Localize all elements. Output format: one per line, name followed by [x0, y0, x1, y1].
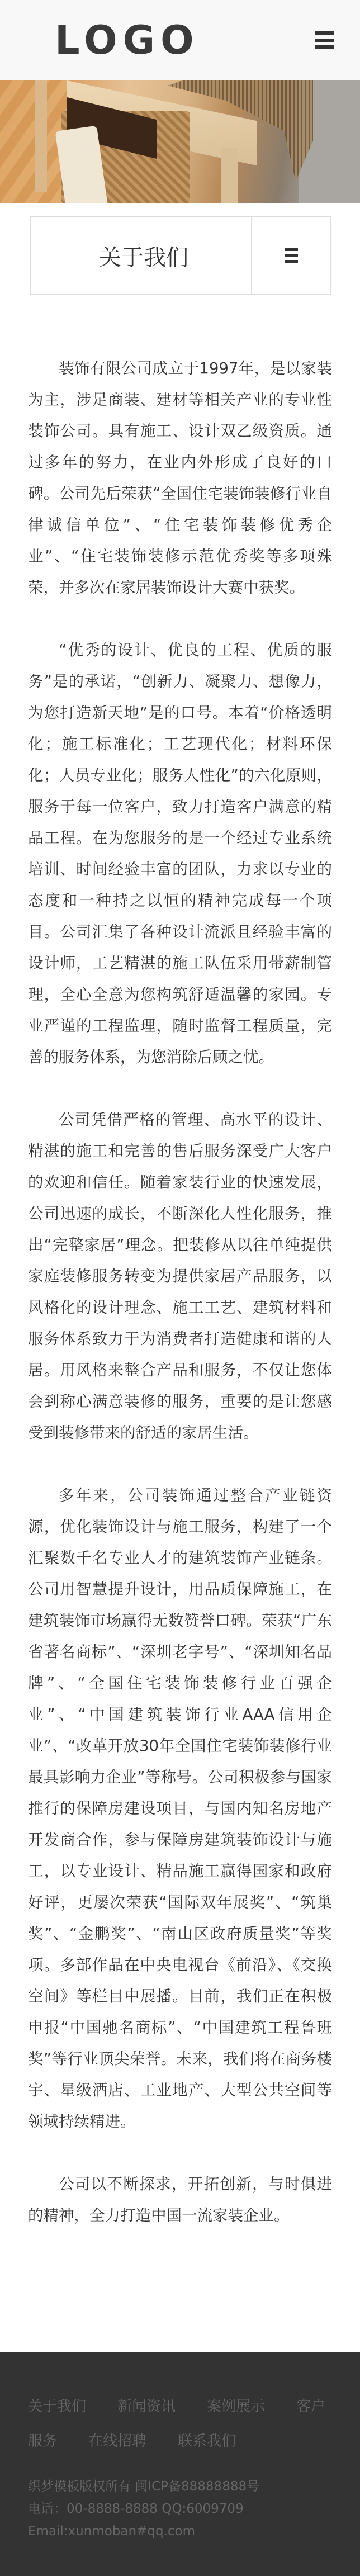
footer-link-contact[interactable]: 联系我们 — [178, 2433, 236, 2450]
section-title: 关于我们 — [31, 217, 252, 294]
header-menu-area — [282, 0, 360, 80]
banner-table-leg — [221, 148, 238, 203]
footer-phone: 电话：00-8888-8888 QQ:6009709 — [28, 2498, 332, 2520]
menu-bar — [285, 254, 298, 257]
content-paragraph: “优秀的设计、优良的工程、优质的服务”是的承诺，“创新力、凝聚力、想像力，为您打… — [28, 634, 332, 1073]
footer-copyright: 织梦模板版权所有 闽ICP备88888888号 — [28, 2475, 332, 2498]
menu-bar — [315, 39, 334, 42]
footer-link-cases[interactable]: 案例展示 — [207, 2398, 265, 2415]
content-paragraph: 多年来，公司装饰通过整合产业链资源，优化装饰设计与施工服务，构建了一个汇聚数千名… — [28, 1480, 332, 2137]
hamburger-menu-icon[interactable] — [285, 247, 298, 264]
footer-link-jobs[interactable]: 在线招聘 — [88, 2433, 146, 2450]
banner-table-leg — [35, 80, 47, 192]
hamburger-menu-icon[interactable] — [315, 31, 334, 50]
menu-bar — [285, 248, 298, 251]
page: LOGO 关于我们 装饰有限公司成立于 — [0, 0, 360, 2576]
content-paragraph: 公司以不断探求，开拓创新，与时俱进的精神，全力打造中国一流家装企业。 — [28, 2168, 332, 2231]
section-header: 关于我们 — [30, 216, 331, 295]
footer-nav: 关于我们新闻资讯案例展示客户服务在线招聘联系我们 — [28, 2389, 332, 2459]
site-footer: 关于我们新闻资讯案例展示客户服务在线招聘联系我们 织梦模板版权所有 闽ICP备8… — [0, 2352, 360, 2576]
content-paragraph: 装饰有限公司成立于1997年，是以家装为主，涉足商装、建材等相关产业的专业性装饰… — [28, 353, 332, 603]
footer-link-news[interactable]: 新闻资讯 — [117, 2398, 176, 2415]
menu-bar — [315, 45, 334, 49]
menu-bar — [285, 260, 298, 263]
menu-bar — [315, 31, 334, 35]
content-paragraph: 公司凭借严格的管理、高水平的设计、精湛的施工和完善的售后服务深受广大客户的欢迎和… — [28, 1104, 332, 1448]
about-content: 装饰有限公司成立于1997年，是以家装为主，涉足商装、建材等相关产业的专业性装饰… — [0, 295, 360, 2231]
banner-image — [0, 80, 360, 203]
site-logo[interactable]: LOGO — [55, 21, 200, 60]
footer-email: Email:xunmoban#qq.com — [28, 2520, 332, 2542]
footer-link-about[interactable]: 关于我们 — [28, 2398, 86, 2415]
site-header: LOGO — [0, 0, 360, 80]
section-menu-button[interactable] — [252, 217, 330, 294]
logo-area[interactable]: LOGO — [0, 0, 282, 80]
footer-info: 织梦模板版权所有 闽ICP备88888888号 电话：00-8888-8888 … — [28, 2475, 332, 2542]
